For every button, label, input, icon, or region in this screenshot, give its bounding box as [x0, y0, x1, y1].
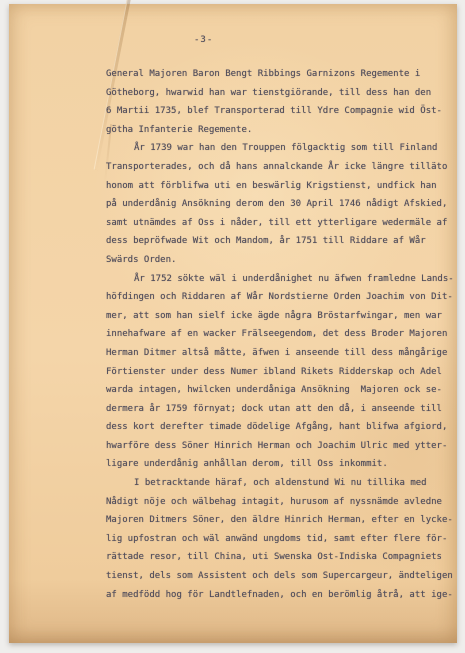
text-line: 6 Martii 1735, blef Transporterad till Y… [106, 102, 446, 121]
paper-sheet: -3- General Majoren Baron Bengt Ribbings… [9, 4, 457, 643]
document-text: General Majoren Baron Bengt Ribbings Gar… [106, 65, 446, 604]
text-line: dess bepröfwade Wit och Mandom, år 1751 … [106, 232, 446, 251]
text-line: År 1752 sökte wäl i underdånighet nu äfw… [106, 270, 446, 289]
text-line: götha Infanterie Regemente. [106, 121, 446, 140]
scanned-page: -3- General Majoren Baron Bengt Ribbings… [0, 0, 465, 653]
text-line: Götheborg, hwarwid han war tienstgiörand… [106, 84, 446, 103]
text-line: I betracktande häraf, och aldenstund Wi … [106, 474, 446, 493]
text-line: Förtienster under dess Numer ibland Rike… [106, 363, 446, 382]
text-line: rättade resor, till China, uti Swenska O… [106, 548, 446, 567]
text-line: dermera år 1759 förnyat; dock utan att d… [106, 400, 446, 419]
text-line: tienst, dels som Assistent och dels som … [106, 567, 446, 586]
text-line: honom att förblifwa uti en beswärlig Kri… [106, 177, 446, 196]
paragraph: General Majoren Baron Bengt Ribbings Gar… [106, 65, 446, 139]
text-line: Swärds Orden. [106, 251, 446, 270]
page-number: -3- [194, 35, 213, 45]
text-line: lig upfostran och wäl anwänd ungdoms tid… [106, 530, 446, 549]
text-line: warda intagen, hwilcken underdåniga Ansö… [106, 381, 446, 400]
text-line: hwarföre dess Söner Hinrich Herman och J… [106, 437, 446, 456]
text-line: samt utnämdes af Oss i nåder, till ett y… [106, 214, 446, 233]
text-line: Nådigt nöje och wälbehag intagit, huruso… [106, 493, 446, 512]
text-line: Transporterades, och då hans annalckande… [106, 158, 446, 177]
text-line: af medfödd hog för Landtlefnaden, och en… [106, 586, 446, 605]
text-line: År 1739 war han den Trouppen fölgacktig … [106, 139, 446, 158]
text-line: ligare underdånig anhållan derom, till O… [106, 455, 446, 474]
text-line: dess kort derefter timade dödelige Afgån… [106, 418, 446, 437]
text-line: Herman Ditmer altså måtte, äfwen i ansee… [106, 344, 446, 363]
text-line: höfdingen och Riddaren af Wår Nordstiern… [106, 288, 446, 307]
text-line: Majoren Ditmers Söner, den äldre Hinrich… [106, 511, 446, 530]
text-line: mer, att som han sielf icke ägde några B… [106, 307, 446, 326]
text-line: på underdånig Ansökning derom den 30 Apr… [106, 195, 446, 214]
text-line: General Majoren Baron Bengt Ribbings Gar… [106, 65, 446, 84]
paragraph: I betracktande häraf, och aldenstund Wi … [106, 474, 446, 604]
paragraph: År 1739 war han den Trouppen fölgacktig … [106, 139, 446, 269]
text-line: innehafware af en wacker Frälseegendom, … [106, 325, 446, 344]
paragraph: År 1752 sökte wäl i underdånighet nu äfw… [106, 270, 446, 475]
